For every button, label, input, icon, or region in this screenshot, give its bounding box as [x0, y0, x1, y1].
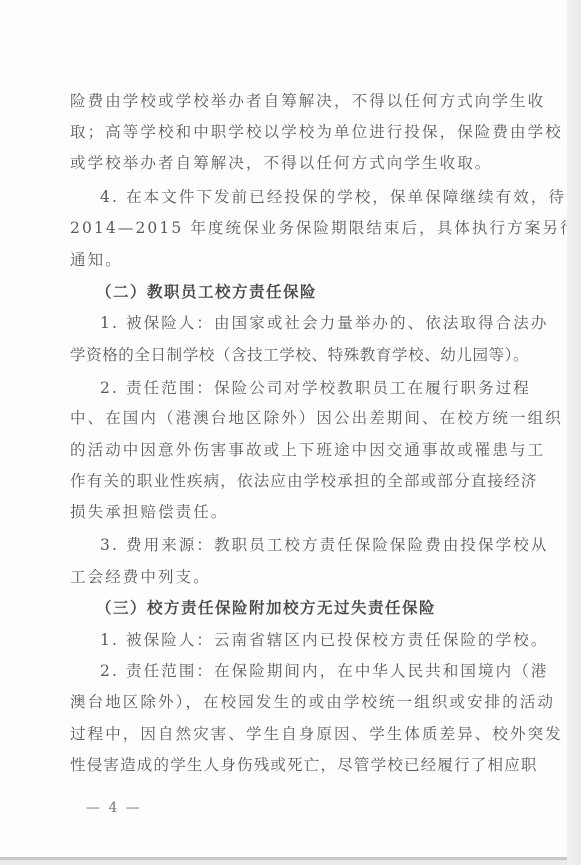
section-heading-3: （三）校方责任保险附加校方无过失责任保险 — [96, 598, 436, 618]
scan-edge — [567, 0, 581, 865]
page-shadow — [0, 857, 567, 860]
page-number: — 4 — — [86, 800, 142, 816]
paragraph-line: 取；高等学校和中职学校以学校为单位进行投保，保险费由学校 — [70, 122, 492, 142]
paragraph-line: 的活动中因意外伤害事故或上下班途中因交通事故或罹患与工 — [70, 440, 492, 460]
section-heading-2: （二）教职员工校方责任保险 — [96, 282, 317, 302]
paragraph-line: 中、在国内（港澳台地区除外）因公出差期间、在校方统一组织 — [70, 408, 492, 428]
paragraph-line: 性侵害造成的学生人身伤残或死亡，尽管学校已经履行了相应职 — [70, 755, 492, 775]
paragraph-line: 险费由学校或学校举办者自筹解决，不得以任何方式向学生收 — [70, 91, 492, 111]
paragraph-line: 工会经费中列支。 — [70, 567, 492, 587]
paragraph-line: 过程中，因自然灾害、学生自身原因、学生体质差异、校外突发 — [70, 724, 492, 744]
paragraph-line: 学资格的全日制学校（含技工学校、特殊教育学校、幼儿园等）。 — [70, 345, 492, 365]
paragraph-line: 2014—2015 年度统保业务保险期限结束后，具体执行方案另行 — [70, 218, 492, 238]
list-item-3: 3. 费用来源：教职员工校方责任保险保险费由投保学校从 — [100, 535, 492, 555]
paragraph-line: 损失承担赔偿责任。 — [70, 502, 492, 522]
list-item-2: 2. 责任范围：保险公司对学校教职员工在履行职务过程 — [100, 378, 492, 398]
paragraph-line: 澳台地区除外），在校园发生的或由学校统一组织或安排的活动 — [70, 692, 492, 712]
paragraph-line: 或学校举办者自筹解决，不得以任何方式向学生收取。 — [70, 153, 492, 173]
list-item-1: 1. 被保险人：云南省辖区内已投保校方责任保险的学校。 — [100, 630, 492, 650]
paragraph-line: 作有关的职业性疾病，依法应由学校承担的全部或部分直接经济 — [70, 471, 492, 491]
list-item-2: 2. 责任范围：在保险期间内，在中华人民共和国境内（港 — [100, 661, 492, 681]
list-item-4: 4. 在本文件下发前已经投保的学校，保单保障继续有效，待 — [100, 187, 492, 207]
list-item-1: 1. 被保险人：由国家或社会力量举办的、依法取得合法办 — [100, 313, 492, 333]
document-page: 险费由学校或学校举办者自筹解决，不得以任何方式向学生收 取；高等学校和中职学校以… — [0, 0, 567, 857]
paragraph-line: 通知。 — [70, 250, 492, 270]
